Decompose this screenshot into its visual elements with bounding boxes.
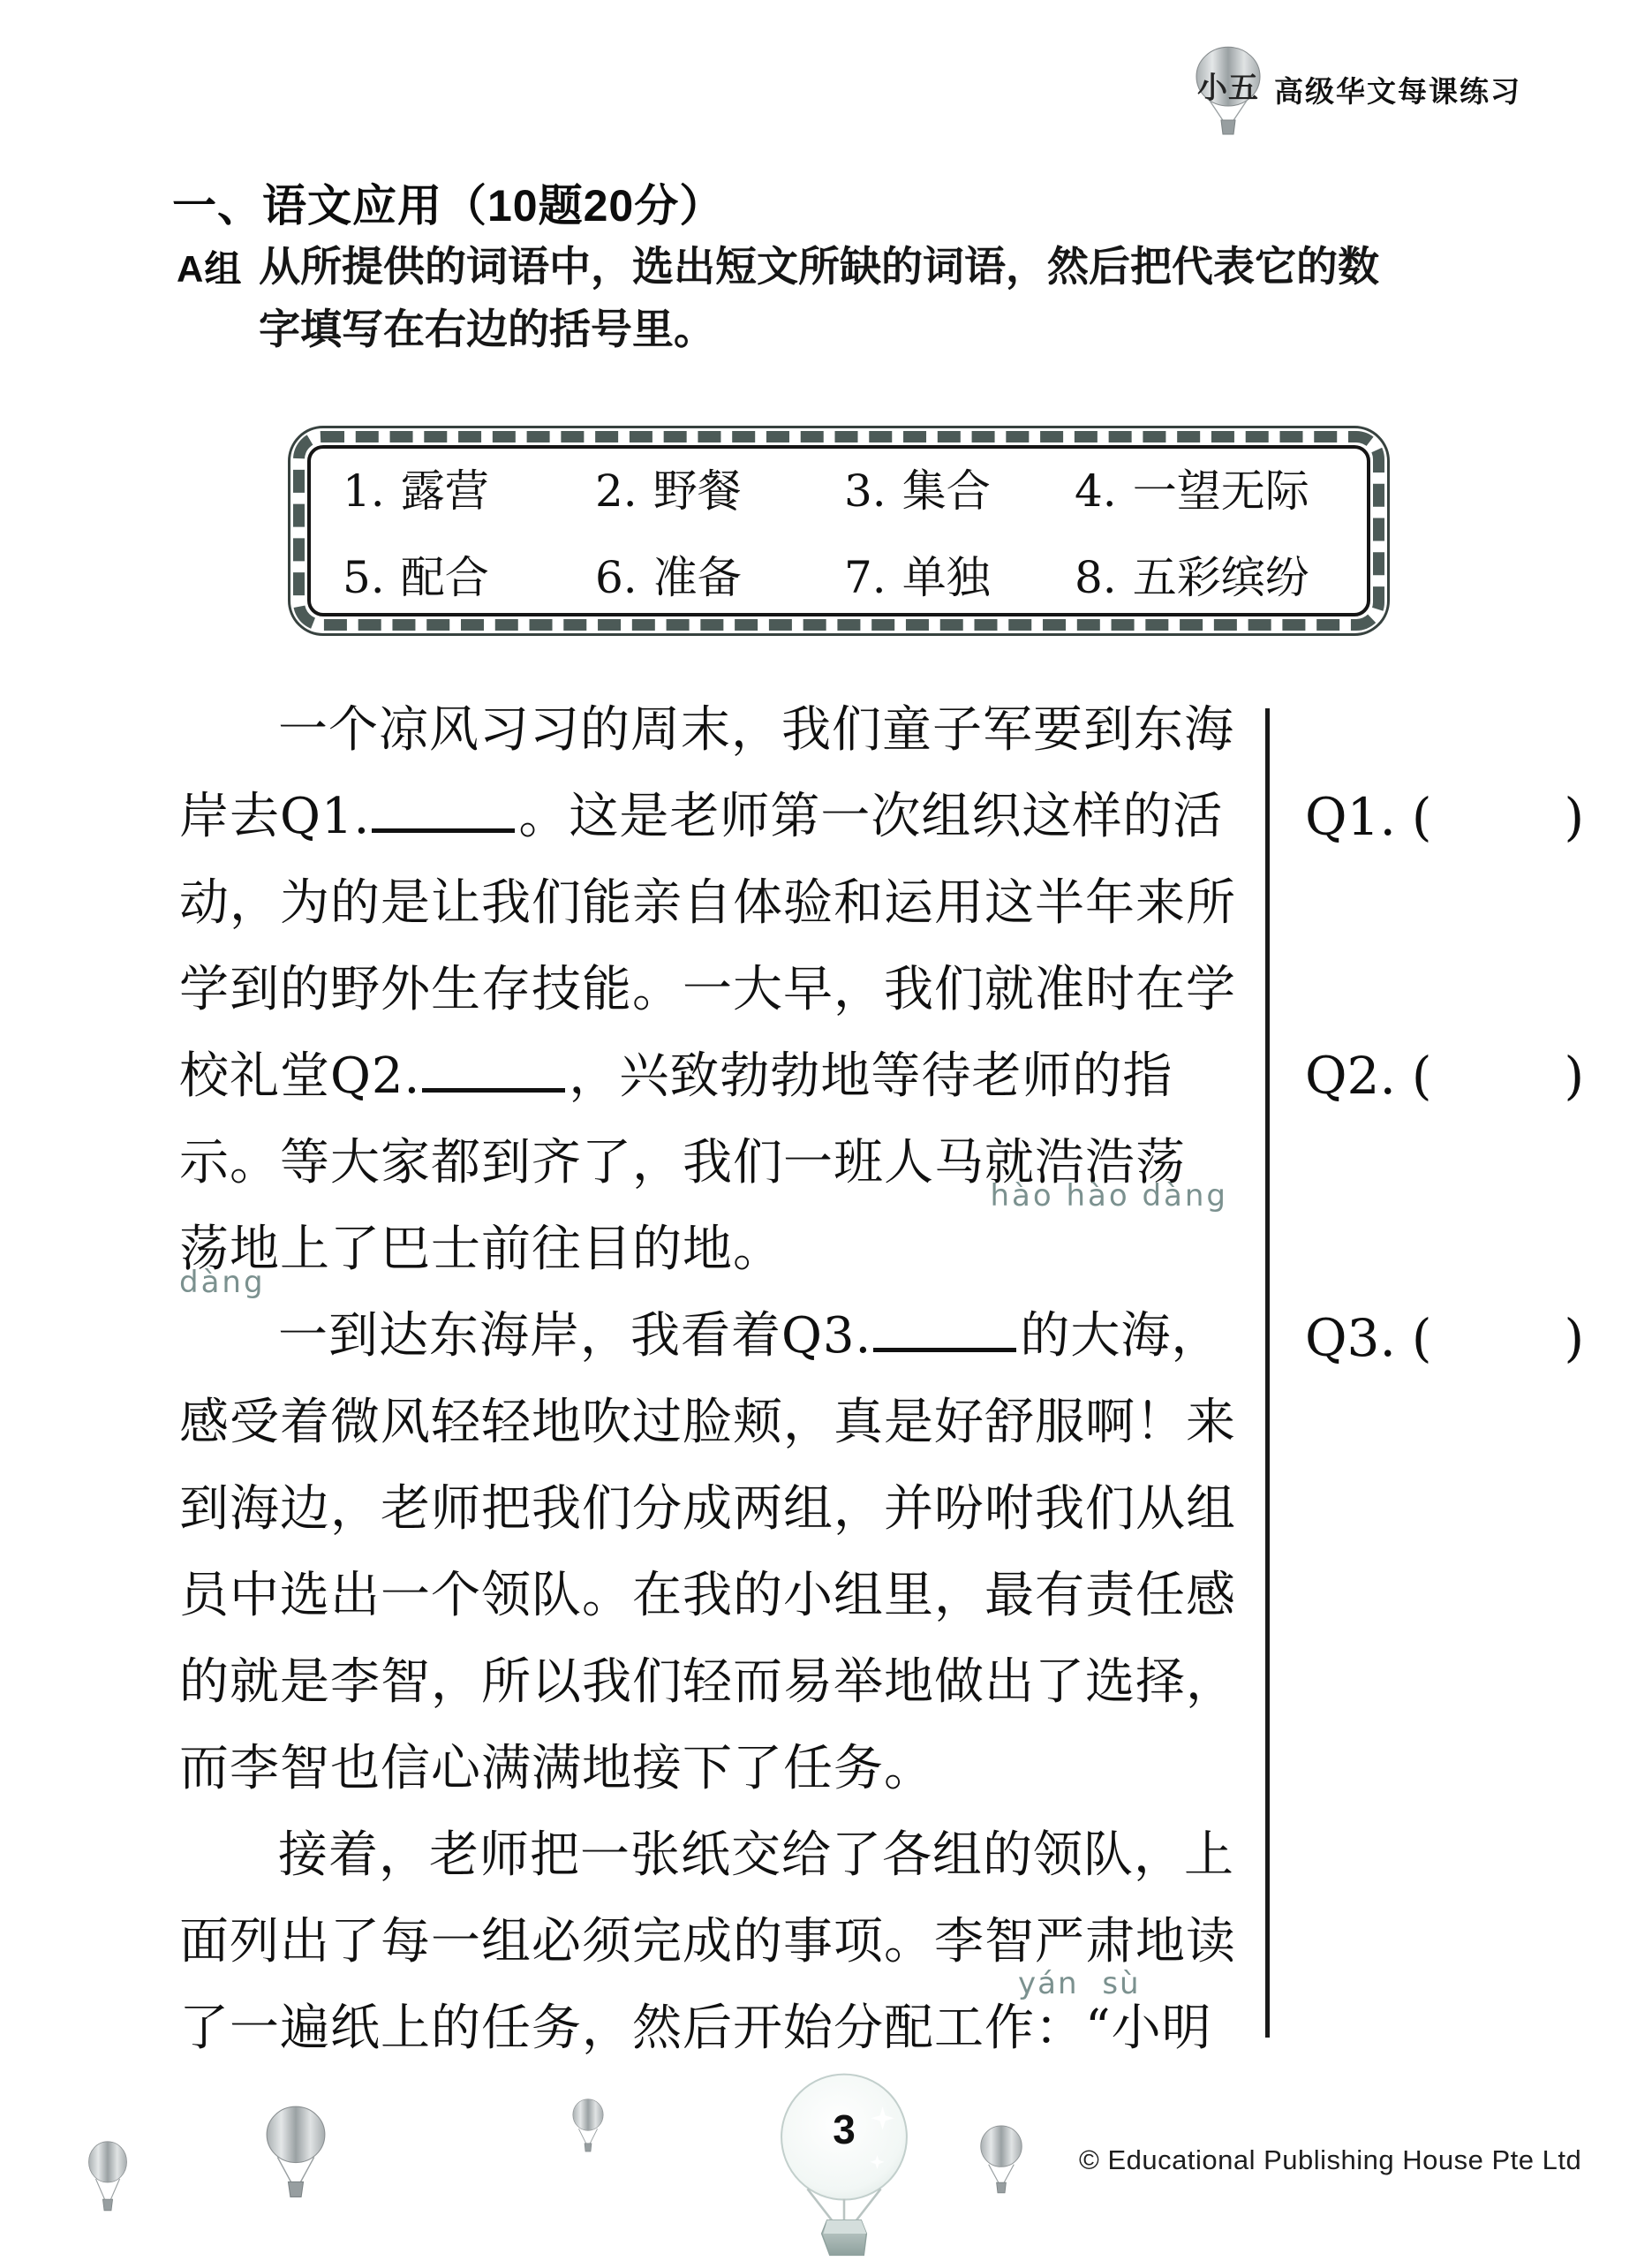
hot-air-balloon-icon <box>87 2141 129 2221</box>
group-a-label: A组 <box>177 240 242 293</box>
hot-air-balloon-icon <box>977 2125 1026 2204</box>
passage-text: 感受着微风轻轻地吹过脸颊，真是好舒服啊！来 <box>179 1394 1236 1451</box>
answer-bracket-open: ( <box>1412 787 1432 847</box>
vertical-divider <box>1265 708 1270 2038</box>
answer-label: Q2. <box>1305 1046 1396 1106</box>
passage-text: 了一遍纸上的任务，然后开始分配工作：“小明 <box>179 2000 1212 2057</box>
copyright-notice: © Educational Publishing House Pte Ltd <box>1079 2144 1581 2176</box>
word-bank-item: 4.一望无际 <box>1075 456 1367 519</box>
answer-bracket-open: ( <box>1412 1308 1432 1368</box>
series-title: 高级华文每课练习 <box>1274 69 1521 110</box>
hot-air-balloon-icon <box>570 2098 606 2161</box>
passage-text: 的就是李智，所以我们轻而易举地做出了选择， <box>179 1653 1236 1711</box>
passage-text: 而李智也信心满满地接下了任务。 <box>179 1740 934 1797</box>
word-bank-item-number: 5. <box>343 552 385 603</box>
passage-text: ，兴致勃勃地等待老师的指 <box>569 1047 1173 1105</box>
passage-text: 接着，老师把一张纸交给了各组的领队，上 <box>278 1826 1234 1884</box>
passage-line: 动，为的是让我们能亲自体验和运用这半年来所 <box>179 860 1228 947</box>
passage-line: 而李智也信心满满地接下了任务。 <box>179 1726 1228 1812</box>
word-bank-item-number: 1. <box>343 465 385 517</box>
word-bank-item-word: 一望无际 <box>1133 465 1309 517</box>
grade-badge: 小五 <box>1192 64 1264 107</box>
word-bank-item: 6.准备 <box>595 542 844 606</box>
answer-bracket-close: ) <box>1565 1046 1585 1106</box>
word-bank-item-word: 单独 <box>902 552 991 603</box>
passage-text: 一到达东海岸，我看着Q3. <box>278 1307 871 1365</box>
passage-text: 面列出了每一组必须完成的事项。李智严肃地读 <box>179 1913 1236 1970</box>
word-bank-item-word: 集合 <box>902 465 991 517</box>
word-bank-item-number: 6. <box>595 552 637 603</box>
word-bank-grid: 1.露营2.野餐3.集合4.一望无际5.配合6.准备7.单独8.五彩缤纷 <box>307 445 1370 616</box>
word-bank-item-word: 露营 <box>401 465 489 517</box>
page-number-balloon: 3 <box>777 2072 911 2261</box>
word-bank-item: 3.集合 <box>844 456 1075 519</box>
passage-line: 员中选出一个领队。在我的小组里，最有责任感 <box>179 1553 1228 1639</box>
passage-line: 感受着微风轻轻地吹过脸颊，真是好舒服啊！来 <box>179 1380 1228 1466</box>
word-bank-item: 1.露营 <box>343 456 595 519</box>
pinyin-annotation: yán sù <box>1018 1966 1141 2001</box>
passage-text: 学到的野外生存技能。一大早，我们就准时在学 <box>179 961 1236 1018</box>
passage-text: 到海边，老师把我们分成两组，并吩咐我们从组 <box>179 1480 1236 1538</box>
instruction-line-2: 字填写在右边的括号里。 <box>259 298 1407 360</box>
answer-label: Q3. <box>1305 1308 1396 1368</box>
passage-text: 校礼堂Q2. <box>179 1047 420 1105</box>
answer-bracket-row: Q1.() <box>1305 777 1584 857</box>
passage-line: 的就是李智，所以我们轻而易举地做出了选择， <box>179 1639 1228 1726</box>
answer-bracket-close: ) <box>1565 787 1585 847</box>
workbook-page: 小五 高级华文每课练习 一、语文应用（10题20分） A组 从所提供的词语中，选… <box>0 0 1652 2261</box>
word-bank-item: 7.单独 <box>844 542 1075 606</box>
passage-text: 一个凉风习习的周末，我们童子军要到东海 <box>278 701 1234 759</box>
word-bank-box: 1.露营2.野餐3.集合4.一望无际5.配合6.准备7.单独8.五彩缤纷 <box>288 426 1390 636</box>
passage-line: 学到的野外生存技能。一大早，我们就准时在学 <box>179 947 1228 1033</box>
word-bank-item-number: 3. <box>844 465 886 517</box>
answer-label: Q1. <box>1305 787 1396 847</box>
word-bank-dashed-border: 1.露营2.野餐3.集合4.一望无际5.配合6.准备7.单独8.五彩缤纷 <box>293 431 1384 631</box>
word-bank-item: 5.配合 <box>343 542 595 606</box>
word-bank-item-word: 五彩缤纷 <box>1133 552 1309 603</box>
word-bank-item: 2.野餐 <box>595 456 844 519</box>
word-bank-item-word: 准备 <box>653 552 742 603</box>
answer-blank <box>422 1041 565 1093</box>
passage-text: 岸去Q1. <box>179 788 370 845</box>
passage-text: 荡地上了巴士前往目的地。 <box>179 1221 783 1278</box>
word-bank-item-number: 4. <box>1075 465 1117 517</box>
answer-bracket-row: Q2.() <box>1305 1036 1584 1115</box>
passage: hào hào dàng dàng yán sù 一个凉风习习的周末，我们童子军… <box>179 687 1228 2072</box>
instruction-line-1: 从所提供的词语中，选出短文所缺的词语，然后把代表它的数 <box>259 235 1407 298</box>
passage-line: 岸去Q1.。这是老师第一次组织这样的活 <box>179 774 1228 860</box>
word-bank-item-number: 8. <box>1075 552 1117 603</box>
passage-text: 员中选出一个领队。在我的小组里，最有责任感 <box>179 1567 1236 1624</box>
word-bank-item-word: 野餐 <box>653 465 742 517</box>
word-bank-item: 8.五彩缤纷 <box>1075 542 1367 606</box>
passage-text: 的大海， <box>1020 1307 1221 1365</box>
passage-line: 一个凉风习习的周末，我们童子军要到东海 <box>179 687 1228 774</box>
passage-text: 动，为的是让我们能亲自体验和运用这半年来所 <box>179 874 1236 932</box>
word-bank-item-number: 2. <box>595 465 637 517</box>
header-balloon-badge: 小五 <box>1192 46 1264 138</box>
word-bank-item-word: 配合 <box>401 552 489 603</box>
instructions: 从所提供的词语中，选出短文所缺的词语，然后把代表它的数 字填写在右边的括号里。 <box>259 235 1407 360</box>
pinyin-annotation: hào hào dàng <box>990 1178 1228 1214</box>
hot-air-balloon-icon <box>263 2106 328 2209</box>
passage-line: 到海边，老师把我们分成两组，并吩咐我们从组 <box>179 1466 1228 1553</box>
passage-line: 接着，老师把一张纸交给了各组的领队，上 <box>179 1812 1228 1899</box>
answer-blank <box>372 782 515 833</box>
answer-blank <box>873 1301 1016 1352</box>
pinyin-annotation: dàng <box>179 1265 266 1300</box>
passage-line: 校礼堂Q2.，兴致勃勃地等待老师的指 <box>179 1033 1228 1120</box>
hot-air-balloon-icon <box>777 2072 911 2261</box>
answer-bracket-row: Q3.() <box>1305 1298 1584 1378</box>
passage-text: 。这是老师第一次组织这样的活 <box>518 788 1223 845</box>
word-bank-item-number: 7. <box>844 552 886 603</box>
passage-line: 一到达东海岸，我看着Q3.的大海， <box>179 1293 1228 1380</box>
page-number: 3 <box>777 2106 911 2153</box>
answer-bracket-open: ( <box>1412 1046 1432 1106</box>
answer-bracket-close: ) <box>1565 1308 1585 1368</box>
passage-line: 荡地上了巴士前往目的地。 <box>179 1206 1228 1293</box>
section-title: 一、语文应用（10题20分） <box>172 170 724 234</box>
